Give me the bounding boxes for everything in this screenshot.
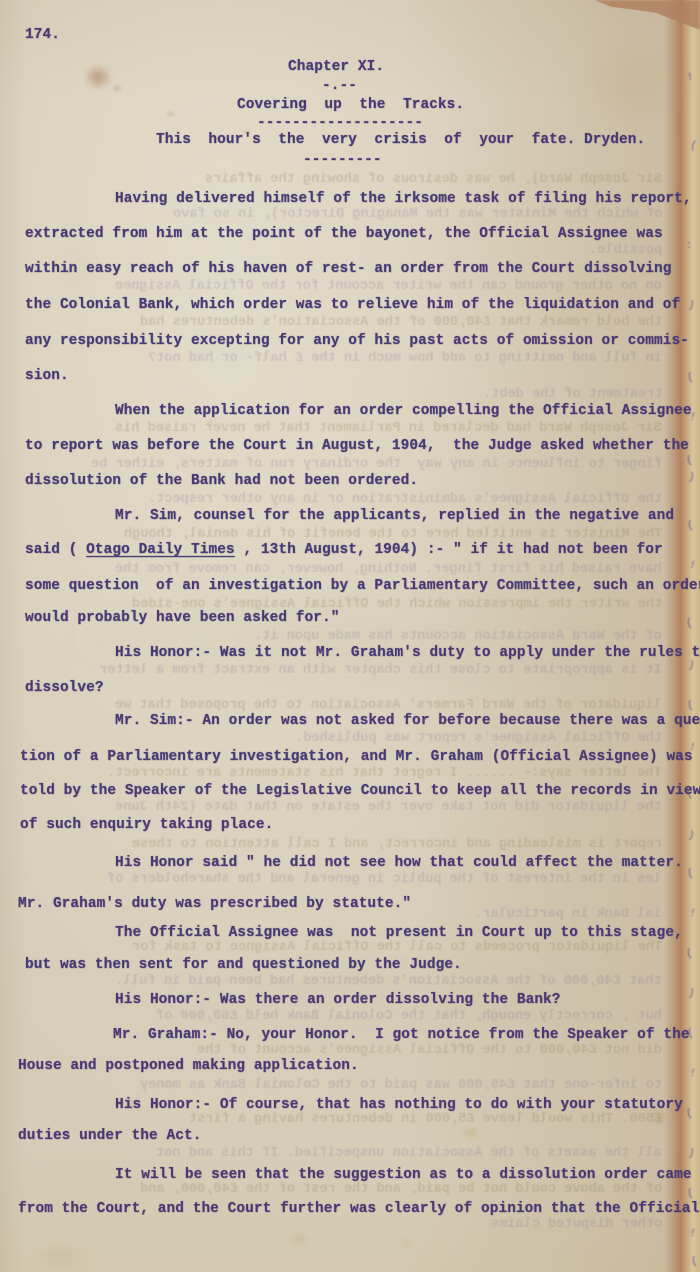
text-line: told by the Speaker of the Legislative C…	[20, 783, 700, 799]
ghost-line: liquidator of the Ward Farmers' Associat…	[115, 698, 662, 713]
text-line: would probably have been asked for."	[25, 610, 340, 626]
ghost-line: possible.	[589, 243, 662, 258]
text-line: extracted from him at the point of the b…	[25, 226, 663, 242]
stain	[30, 1245, 90, 1269]
underlined-citation: Otago Daily Times	[86, 542, 235, 558]
text-line: His Honor:- Was it not Mr. Graham's duty…	[115, 645, 700, 661]
rule-long: -------------------	[257, 115, 423, 131]
text-line: Mr. Sim, counsel for the applicants, rep…	[115, 508, 674, 524]
text-line: His Honor said " he did not see how that…	[115, 855, 683, 871]
rule-short: -.--	[322, 78, 357, 94]
ghost-line: Sir Joseph Ward had declared in Parliame…	[115, 421, 662, 436]
text-line: duties under the Act.	[18, 1128, 201, 1144]
text-line: The Official Assignee was not present in…	[115, 925, 683, 941]
stain	[112, 84, 122, 93]
ghost-line: of the Ward Association accounts has mad…	[254, 629, 662, 644]
text-line: When the application for an order compel…	[115, 403, 692, 419]
ghost-line: The Minister is entitled here to the ben…	[124, 527, 662, 542]
text-line: dissolve?	[25, 680, 104, 696]
ghost-line: les in the interest of the public in gen…	[107, 872, 662, 887]
ghost-line: finger to influence in any way the ordin…	[91, 457, 662, 472]
ghost-line: The liquidator proceeds to call the Offi…	[132, 940, 662, 955]
text-line: Having delivered himself of the irksome …	[115, 191, 692, 207]
ghost-line: of which the Minister was the Managing D…	[173, 207, 662, 222]
text-line: It will be seen that the suggestion as t…	[115, 1167, 692, 1183]
text-line: the Colonial Bank, which order was to re…	[25, 297, 680, 313]
text-line: any responsibility excepting for any of …	[25, 333, 689, 349]
text-line: said ( Otago Daily Times , 13th August, …	[25, 542, 663, 558]
document-page: Sir Joseph Ward), he was desirous of sho…	[0, 0, 700, 1272]
ghost-line: to infer-one that £45,000 was paid to th…	[140, 1078, 662, 1093]
ghost-line: The letter says:- ...... I regret that h…	[107, 766, 662, 781]
text-line: His Honor:- Of course, that has nothing …	[115, 1097, 683, 1113]
chapter-heading: Chapter XI.	[288, 59, 384, 75]
stain	[462, 1126, 480, 1140]
text-line: within easy reach of his haven of rest- …	[25, 261, 671, 277]
ghost-line: of the above could not be paid, and the …	[140, 1182, 662, 1197]
chapter-title: Covering up the Tracks.	[237, 97, 464, 113]
text-line: dissolution of the Bank had not been ord…	[25, 473, 418, 489]
ghost-line: on no other ground can the writer accoun…	[115, 279, 662, 294]
text-line: from the Court, and the Court further wa…	[18, 1201, 699, 1217]
stain	[290, 1233, 308, 1246]
text-line: Mr. Sim:- An order was not asked for bef…	[115, 713, 700, 729]
text-line: to report was before the Court in August…	[25, 438, 689, 454]
text-line: some question of an investigation by a P…	[25, 578, 700, 594]
stain	[580, 40, 690, 130]
ghost-line: all the assets of the Association unspec…	[156, 1146, 662, 1161]
ghost-line: in full and omitting to add how much in …	[148, 351, 662, 366]
stain	[84, 64, 112, 90]
ghost-line: ial Bank in particular.	[474, 907, 662, 922]
text-line: His Honor:- Was there an order dissolvin…	[115, 992, 561, 1008]
text-line: Mr. Graham's duty was prescribed by stat…	[18, 896, 411, 912]
stain	[20, 1150, 140, 1230]
rule-end: ---------	[303, 152, 382, 168]
ghost-line: that £40,000 of the Association's debent…	[115, 974, 662, 989]
ghost-line: the Official Assignee's administration o…	[148, 492, 662, 507]
ghost-line: have raised his first finger. Nothing, h…	[115, 562, 662, 577]
ghost-line: did not £40,000 to the Official Assignee…	[197, 1043, 662, 1058]
ghost-line: Sir Joseph Ward), he was desirous of sho…	[205, 172, 662, 187]
ghost-line: but , correctly enough, that the Colonia…	[156, 1009, 662, 1024]
ghost-line: report is misleading and incorrect, and …	[132, 837, 662, 852]
text-line: sion.	[25, 368, 69, 384]
stain	[166, 110, 175, 118]
epigraph: This hour's the very crisis of your fate…	[156, 132, 645, 148]
ghost-line: treatment of the debt.	[483, 387, 662, 402]
text-line: House and postponed making application.	[18, 1058, 359, 1074]
ghost-line: the Official Assignee's report was publi…	[295, 731, 662, 746]
stain	[400, 1238, 413, 1248]
ghost-line: the bold remark that £40,000 of the Asso…	[140, 315, 662, 330]
text-line: of such enquiry taking place.	[20, 817, 273, 833]
text-line: Mr. Graham:- No, your Honor. I got notic…	[113, 1027, 690, 1043]
ghost-line: other disputed claims	[491, 1217, 662, 1232]
ghost-line: It is appropriate to close this chapter …	[99, 663, 662, 678]
page-number: 174.	[25, 27, 60, 43]
ghost-line: the liquidator did not take over the est…	[115, 800, 662, 815]
text-line: tion of a Parliamentary investigation, a…	[20, 749, 693, 765]
text-line: but was then sent for and questioned by …	[25, 957, 462, 973]
ghost-line: £500. This would leave £5,000 in debentu…	[189, 1112, 662, 1127]
